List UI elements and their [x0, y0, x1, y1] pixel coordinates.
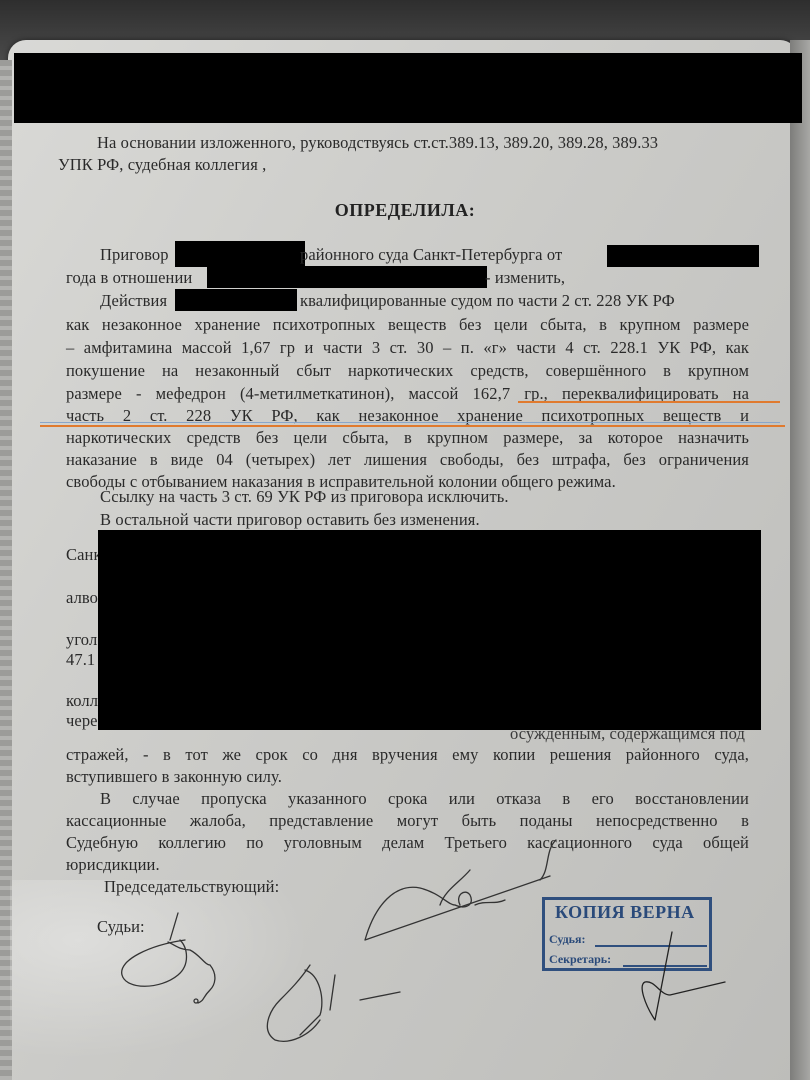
redaction-court — [175, 241, 305, 267]
paragraph-line: наркотических средств без цели сбыта, в … — [66, 428, 749, 448]
paragraph-line: наказание в виде 04 (четырех) лет лишени… — [66, 450, 749, 470]
paragraph-line: юрисдикции. — [66, 855, 160, 875]
redaction-date — [607, 245, 759, 267]
redaction-block — [98, 530, 761, 730]
verdict-change: - изменить, — [485, 268, 565, 288]
paragraph-line-tail: осужденным, содержащимся под — [510, 724, 745, 744]
fragment: колл — [66, 691, 98, 711]
verdict-regarding: года в отношении — [66, 268, 192, 288]
verdict-court: районного суда Санкт-Петербурга от — [300, 245, 562, 265]
highlight-underline-shadow — [40, 422, 780, 423]
actions-label: Действия — [100, 291, 167, 311]
paragraph-line: кассационные жалоба, представление могут… — [66, 811, 749, 831]
fragment: Санк — [66, 545, 102, 565]
paragraph-line: покушение на незаконный сбыт наркотическ… — [66, 361, 749, 381]
ruling-heading: ОПРЕДЕЛИЛА: — [0, 200, 810, 221]
paragraph-line: – амфитамина массой 1,67 гр и части 3 ст… — [66, 338, 749, 358]
highlight-underline — [518, 401, 780, 403]
certified-copy-stamp: КОПИЯ ВЕРНА Судья: Секретарь: — [542, 897, 712, 971]
paragraph-line: часть 2 ст. 228 УК РФ, как незаконное хр… — [66, 406, 749, 426]
redaction-defendant — [175, 289, 297, 311]
redaction-header — [14, 53, 802, 123]
paragraph-line: как незаконное хранение психотропных вещ… — [66, 315, 749, 335]
fragment: 47.1 — [66, 650, 95, 670]
stamp-judge-line — [595, 945, 707, 947]
actions-qualification: квалифицированные судом по части 2 ст. 2… — [300, 291, 675, 311]
fragment: алво — [66, 588, 98, 608]
paragraph-line: стражей, - в тот же срок со дня вручения… — [66, 745, 749, 765]
paragraph-line: вступившего в законную силу. — [66, 767, 282, 787]
light-glare — [10, 880, 350, 1080]
stamp-secretary-label: Секретарь: — [549, 952, 611, 967]
paragraph-remainder: В остальной части приговор оставить без … — [100, 510, 480, 530]
verdict-label: Приговор — [100, 245, 169, 265]
page-edge — [790, 40, 810, 1080]
intro-line-1: На основании изложенного, руководствуясь… — [97, 133, 658, 153]
intro-line-2: УПК РФ, судебная коллегия , — [58, 155, 266, 175]
stamp-judge-label: Судья: — [549, 932, 586, 947]
fragment: угол — [66, 630, 97, 650]
stamp-secretary-line — [623, 965, 707, 967]
presiding-label: Председательствующий: — [104, 877, 279, 897]
redaction-name — [207, 266, 487, 288]
stamp-title: КОПИЯ ВЕРНА — [555, 902, 695, 923]
highlight-underline — [40, 425, 785, 427]
paragraph-line: Судебную коллегию по уголовным делам Тре… — [66, 833, 749, 853]
judges-label: Судьи: — [97, 917, 145, 937]
paragraph-exclusion: Ссылку на часть 3 ст. 69 УК РФ из пригов… — [100, 487, 509, 507]
paragraph-line: В случае пропуска указанного срока или о… — [100, 789, 749, 809]
fragment: чере — [66, 711, 98, 731]
